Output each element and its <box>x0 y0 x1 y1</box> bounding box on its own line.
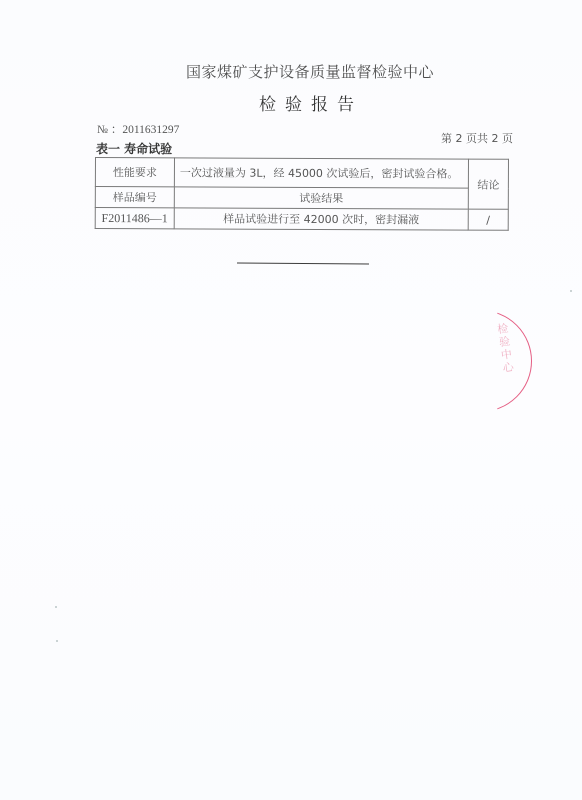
conclusion-cell: / <box>468 209 508 230</box>
report-number: № ：2011631297 <box>97 121 179 137</box>
document-title: 检验报告 <box>0 90 582 115</box>
scan-speck <box>56 640 58 642</box>
scan-speck <box>570 290 572 292</box>
sample-no-label: 样品编号 <box>95 187 174 208</box>
requirement-label: 性能要求 <box>95 158 174 187</box>
organization-title: 国家煤矿支护设备质量监督检验中心 <box>0 61 582 82</box>
requirement-text: 一次过液量为 3L，经 45000 次试验后，密封试验合格。 <box>174 158 468 188</box>
header-row: 样品编号 试验结果 <box>95 187 508 210</box>
result-label: 试验结果 <box>174 187 468 209</box>
end-separator-line <box>237 263 369 265</box>
scan-speck <box>55 606 57 608</box>
table-caption: 表一 寿命试验 <box>96 140 172 157</box>
sample-no-cell: F2011486—1 <box>95 208 174 229</box>
page-indicator: 第 2 页共 2 页 <box>441 130 513 146</box>
conclusion-label: 结论 <box>468 159 508 209</box>
life-test-table: 性能要求 一次过液量为 3L，经 45000 次试验后，密封试验合格。 结论 样… <box>95 157 509 231</box>
table-row: F2011486—1 样品试验进行至 42000 次时，密封漏液 / <box>95 208 508 231</box>
requirement-row: 性能要求 一次过液量为 3L，经 45000 次试验后，密封试验合格。 结论 <box>95 158 508 189</box>
document-page: 国家煤矿支护设备质量监督检验中心 检验报告 № ：2011631297 第 2 … <box>0 0 582 800</box>
result-cell: 样品试验进行至 42000 次时，密封漏液 <box>174 208 468 230</box>
